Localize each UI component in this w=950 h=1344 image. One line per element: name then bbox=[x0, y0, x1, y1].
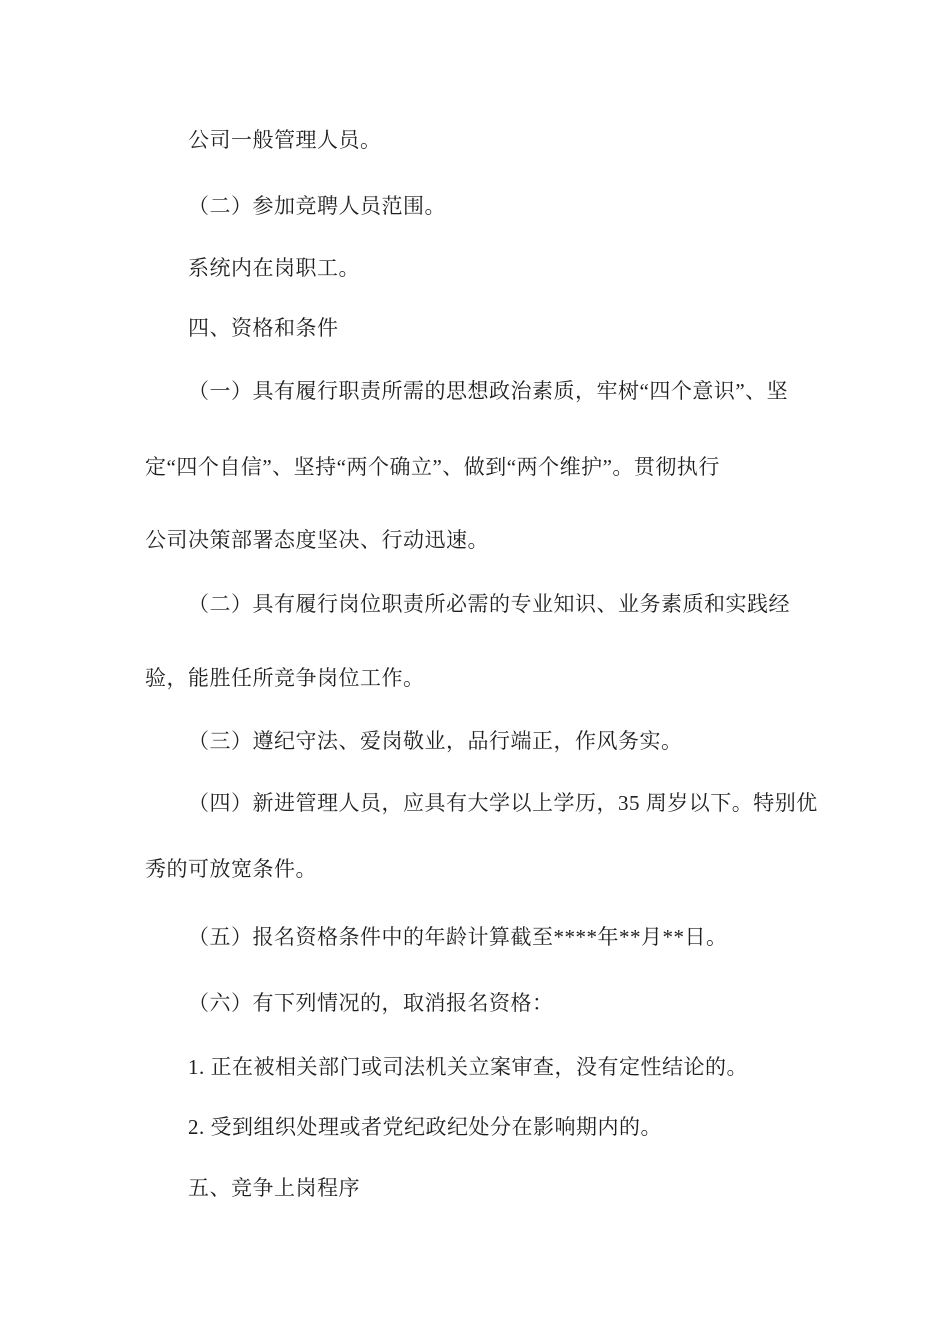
doc-line section-heading: 五、竞争上岗程序 bbox=[188, 1176, 360, 1200]
doc-line: （三）遵纪守法、爱岗敬业，品行端正，作风务实。 bbox=[188, 729, 683, 753]
doc-line: 1. 正在被相关部门或司法机关立案审查，没有定性结论的。 bbox=[188, 1055, 748, 1079]
doc-line: （六）有下列情况的，取消报名资格： bbox=[188, 991, 554, 1015]
doc-line: 公司决策部署态度坚决、行动迅速。 bbox=[145, 528, 489, 552]
doc-line: 验，能胜任所竞争岗位工作。 bbox=[145, 666, 425, 690]
doc-line: 定“四个自信”、坚持“两个确立”、做到“两个维护”。贯彻执行 bbox=[145, 455, 720, 479]
doc-line: 系统内在岗职工。 bbox=[188, 256, 360, 280]
doc-line: 2. 受到组织处理或者党纪政纪处分在影响期内的。 bbox=[188, 1115, 662, 1139]
doc-line: 秀的可放宽条件。 bbox=[145, 857, 317, 881]
doc-line: （二）具有履行岗位职责所必需的专业知识、业务素质和实践经 bbox=[188, 592, 790, 616]
doc-line: 公司一般管理人员。 bbox=[188, 128, 382, 152]
document-page: 公司一般管理人员。 （二）参加竞聘人员范围。 系统内在岗职工。 四、资格和条件 … bbox=[0, 0, 950, 1344]
doc-line section-heading: 四、资格和条件 bbox=[188, 316, 339, 340]
doc-line: （五）报名资格条件中的年龄计算截至****年**月**日。 bbox=[188, 925, 728, 949]
doc-line: （四）新进管理人员，应具有大学以上学历，35 周岁以下。特别优 bbox=[188, 791, 818, 815]
doc-line: （一）具有履行职责所需的思想政治素质，牢树“四个意识”、坚 bbox=[188, 379, 788, 403]
doc-line: （二）参加竞聘人员范围。 bbox=[188, 194, 446, 218]
